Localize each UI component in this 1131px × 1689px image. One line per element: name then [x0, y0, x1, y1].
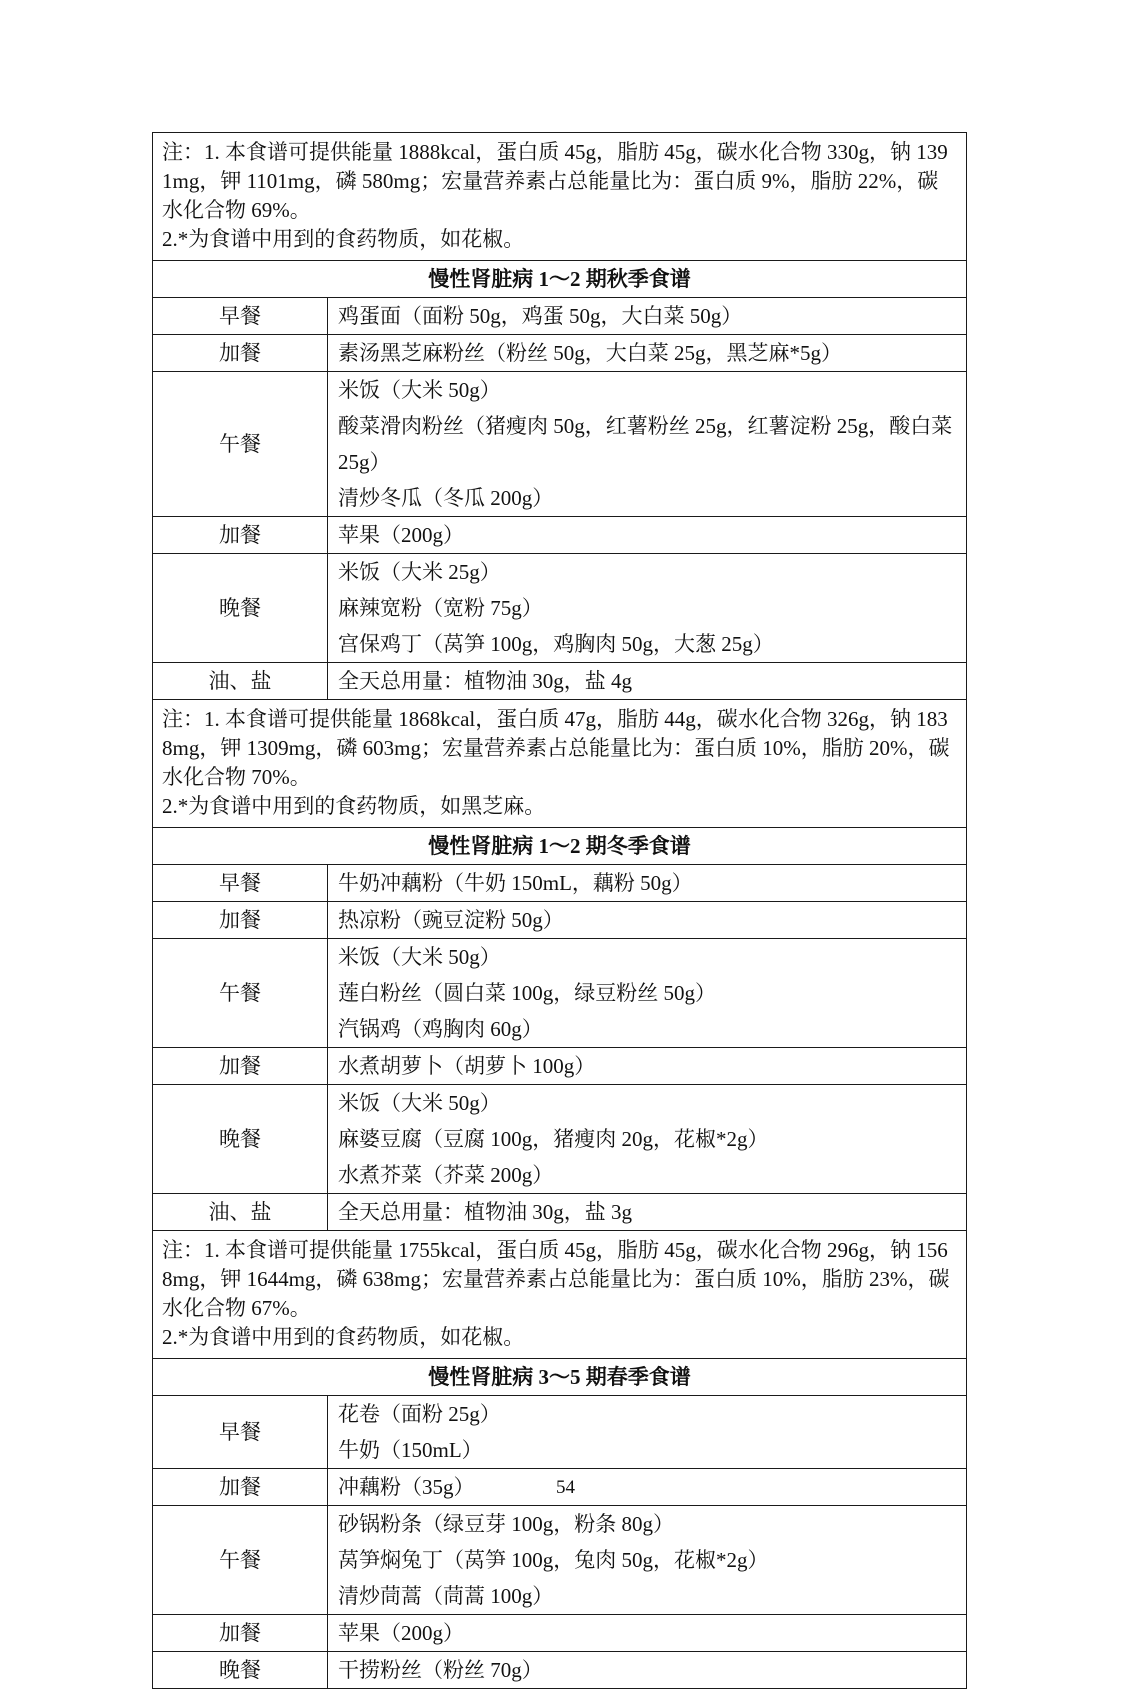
- meal-item: 米饭（大米 50g）: [338, 939, 956, 975]
- diet-table: 注：1. 本食谱可提供能量 1888kcal，蛋白质 45g，脂肪 45g，碳水…: [152, 132, 967, 1689]
- meal-item: 素汤黑芝麻粉丝（粉丝 50g，大白菜 25g，黑芝麻*5g）: [338, 335, 956, 371]
- meal-item: 麻辣宽粉（宽粉 75g）: [338, 590, 956, 626]
- meal-item: 热凉粉（豌豆淀粉 50g）: [338, 902, 956, 938]
- page-number: 54: [0, 1477, 1131, 1499]
- meal-name: 加餐: [153, 335, 328, 372]
- note-block: 注：1. 本食谱可提供能量 1755kcal，蛋白质 45g，脂肪 45g，碳水…: [153, 1231, 967, 1359]
- meal-item: 干捞粉丝（粉丝 70g）: [338, 1652, 956, 1688]
- note-block: 注：1. 本食谱可提供能量 1868kcal，蛋白质 47g，脂肪 44g，碳水…: [153, 700, 967, 828]
- note-block: 注：1. 本食谱可提供能量 1888kcal，蛋白质 45g，脂肪 45g，碳水…: [153, 133, 967, 261]
- meal-items: 全天总用量：植物油 30g，盐 4g: [328, 663, 967, 700]
- meal-name: 午餐: [153, 372, 328, 517]
- meal-name: 早餐: [153, 865, 328, 902]
- note-text: 2.*为食谱中用到的食药物质，如花椒。: [162, 225, 957, 254]
- meal-row: 加餐苹果（200g）: [153, 517, 967, 554]
- meal-row: 油、盐全天总用量：植物油 30g，盐 4g: [153, 663, 967, 700]
- meal-items: 素汤黑芝麻粉丝（粉丝 50g，大白菜 25g，黑芝麻*5g）: [328, 335, 967, 372]
- meal-items: 热凉粉（豌豆淀粉 50g）: [328, 902, 967, 939]
- meal-item: 全天总用量：植物油 30g，盐 4g: [338, 663, 956, 699]
- meal-row: 晚餐米饭（大米 50g）麻婆豆腐（豆腐 100g，猪瘦肉 20g，花椒*2g）水…: [153, 1085, 967, 1194]
- meal-items: 米饭（大米 50g）莲白粉丝（圆白菜 100g，绿豆粉丝 50g）汽锅鸡（鸡胸肉…: [328, 939, 967, 1048]
- note-text: 2.*为食谱中用到的食药物质，如黑芝麻。: [162, 792, 957, 821]
- note-text: 注：1. 本食谱可提供能量 1755kcal，蛋白质 45g，脂肪 45g，碳水…: [162, 1236, 957, 1323]
- note-text: 注：1. 本食谱可提供能量 1868kcal，蛋白质 47g，脂肪 44g，碳水…: [162, 705, 957, 792]
- meal-items: 水煮胡萝卜（胡萝卜 100g）: [328, 1048, 967, 1085]
- meal-items: 干捞粉丝（粉丝 70g）: [328, 1652, 967, 1689]
- meal-name: 午餐: [153, 939, 328, 1048]
- meal-item: 清炒冬瓜（冬瓜 200g）: [338, 480, 956, 516]
- meal-items: 米饭（大米 50g）麻婆豆腐（豆腐 100g，猪瘦肉 20g，花椒*2g）水煮芥…: [328, 1085, 967, 1194]
- meal-row: 油、盐全天总用量：植物油 30g，盐 3g: [153, 1194, 967, 1231]
- note-text: 注：1. 本食谱可提供能量 1888kcal，蛋白质 45g，脂肪 45g，碳水…: [162, 138, 957, 225]
- meal-items: 牛奶冲藕粉（牛奶 150mL，藕粉 50g）: [328, 865, 967, 902]
- note-row: 注：1. 本食谱可提供能量 1888kcal，蛋白质 45g，脂肪 45g，碳水…: [153, 133, 967, 261]
- meal-name: 加餐: [153, 902, 328, 939]
- meal-item: 牛奶冲藕粉（牛奶 150mL，藕粉 50g）: [338, 865, 956, 901]
- meal-item: 水煮胡萝卜（胡萝卜 100g）: [338, 1048, 956, 1084]
- meal-name: 加餐: [153, 1615, 328, 1652]
- note-row: 注：1. 本食谱可提供能量 1868kcal，蛋白质 47g，脂肪 44g，碳水…: [153, 700, 967, 828]
- meal-item: 清炒茼蒿（茼蒿 100g）: [338, 1578, 956, 1614]
- document-page: 注：1. 本食谱可提供能量 1888kcal，蛋白质 45g，脂肪 45g，碳水…: [152, 132, 967, 1689]
- meal-item: 莲白粉丝（圆白菜 100g，绿豆粉丝 50g）: [338, 975, 956, 1011]
- meal-row: 午餐米饭（大米 50g）莲白粉丝（圆白菜 100g，绿豆粉丝 50g）汽锅鸡（鸡…: [153, 939, 967, 1048]
- table-title: 慢性肾脏病 3～5 期春季食谱: [153, 1359, 967, 1396]
- meal-item: 米饭（大米 50g）: [338, 1085, 956, 1121]
- meal-item: 牛奶（150mL）: [338, 1432, 956, 1468]
- table-title-row: 慢性肾脏病 1～2 期秋季食谱: [153, 261, 967, 298]
- meal-name: 早餐: [153, 298, 328, 335]
- meal-item: 米饭（大米 50g）: [338, 372, 956, 408]
- meal-item: 全天总用量：植物油 30g，盐 3g: [338, 1194, 956, 1230]
- meal-row: 午餐砂锅粉条（绿豆芽 100g，粉条 80g）莴笋焖兔丁（莴笋 100g，兔肉 …: [153, 1506, 967, 1615]
- meal-row: 晚餐米饭（大米 25g）麻辣宽粉（宽粉 75g）宫保鸡丁（莴笋 100g，鸡胸肉…: [153, 554, 967, 663]
- meal-items: 全天总用量：植物油 30g，盐 3g: [328, 1194, 967, 1231]
- meal-items: 花卷（面粉 25g）牛奶（150mL）: [328, 1396, 967, 1469]
- diet-table-body: 注：1. 本食谱可提供能量 1888kcal，蛋白质 45g，脂肪 45g，碳水…: [153, 133, 967, 1689]
- meal-name: 晚餐: [153, 554, 328, 663]
- meal-items: 苹果（200g）: [328, 1615, 967, 1652]
- meal-item: 莴笋焖兔丁（莴笋 100g，兔肉 50g，花椒*2g）: [338, 1542, 956, 1578]
- meal-item: 砂锅粉条（绿豆芽 100g，粉条 80g）: [338, 1506, 956, 1542]
- meal-name: 加餐: [153, 1048, 328, 1085]
- meal-item: 酸菜滑肉粉丝（猪瘦肉 50g，红薯粉丝 25g，红薯淀粉 25g，酸白菜 25g…: [338, 408, 956, 480]
- table-title: 慢性肾脏病 1～2 期秋季食谱: [153, 261, 967, 298]
- meal-row: 加餐水煮胡萝卜（胡萝卜 100g）: [153, 1048, 967, 1085]
- meal-items: 米饭（大米 25g）麻辣宽粉（宽粉 75g）宫保鸡丁（莴笋 100g，鸡胸肉 5…: [328, 554, 967, 663]
- meal-name: 加餐: [153, 517, 328, 554]
- meal-row: 加餐素汤黑芝麻粉丝（粉丝 50g，大白菜 25g，黑芝麻*5g）: [153, 335, 967, 372]
- meal-name: 早餐: [153, 1396, 328, 1469]
- meal-item: 苹果（200g）: [338, 517, 956, 553]
- meal-row: 午餐米饭（大米 50g）酸菜滑肉粉丝（猪瘦肉 50g，红薯粉丝 25g，红薯淀粉…: [153, 372, 967, 517]
- meal-item: 鸡蛋面（面粉 50g，鸡蛋 50g，大白菜 50g）: [338, 298, 956, 334]
- meal-items: 苹果（200g）: [328, 517, 967, 554]
- meal-item: 米饭（大米 25g）: [338, 554, 956, 590]
- meal-row: 晚餐干捞粉丝（粉丝 70g）: [153, 1652, 967, 1689]
- meal-name: 油、盐: [153, 1194, 328, 1231]
- meal-item: 花卷（面粉 25g）: [338, 1396, 956, 1432]
- meal-name: 晚餐: [153, 1085, 328, 1194]
- meal-name: 晚餐: [153, 1652, 328, 1689]
- note-row: 注：1. 本食谱可提供能量 1755kcal，蛋白质 45g，脂肪 45g，碳水…: [153, 1231, 967, 1359]
- meal-row: 早餐牛奶冲藕粉（牛奶 150mL，藕粉 50g）: [153, 865, 967, 902]
- meal-name: 午餐: [153, 1506, 328, 1615]
- meal-item: 汽锅鸡（鸡胸肉 60g）: [338, 1011, 956, 1047]
- meal-row: 加餐热凉粉（豌豆淀粉 50g）: [153, 902, 967, 939]
- table-title-row: 慢性肾脏病 1～2 期冬季食谱: [153, 828, 967, 865]
- table-title: 慢性肾脏病 1～2 期冬季食谱: [153, 828, 967, 865]
- meal-row: 早餐鸡蛋面（面粉 50g，鸡蛋 50g，大白菜 50g）: [153, 298, 967, 335]
- meal-item: 苹果（200g）: [338, 1615, 956, 1651]
- meal-name: 油、盐: [153, 663, 328, 700]
- meal-row: 加餐苹果（200g）: [153, 1615, 967, 1652]
- table-title-row: 慢性肾脏病 3～5 期春季食谱: [153, 1359, 967, 1396]
- meal-item: 水煮芥菜（芥菜 200g）: [338, 1157, 956, 1193]
- meal-items: 鸡蛋面（面粉 50g，鸡蛋 50g，大白菜 50g）: [328, 298, 967, 335]
- meal-items: 砂锅粉条（绿豆芽 100g，粉条 80g）莴笋焖兔丁（莴笋 100g，兔肉 50…: [328, 1506, 967, 1615]
- note-text: 2.*为食谱中用到的食药物质，如花椒。: [162, 1323, 957, 1352]
- meal-items: 米饭（大米 50g）酸菜滑肉粉丝（猪瘦肉 50g，红薯粉丝 25g，红薯淀粉 2…: [328, 372, 967, 517]
- meal-row: 早餐花卷（面粉 25g）牛奶（150mL）: [153, 1396, 967, 1469]
- meal-item: 麻婆豆腐（豆腐 100g，猪瘦肉 20g，花椒*2g）: [338, 1121, 956, 1157]
- meal-item: 宫保鸡丁（莴笋 100g，鸡胸肉 50g，大葱 25g）: [338, 626, 956, 662]
